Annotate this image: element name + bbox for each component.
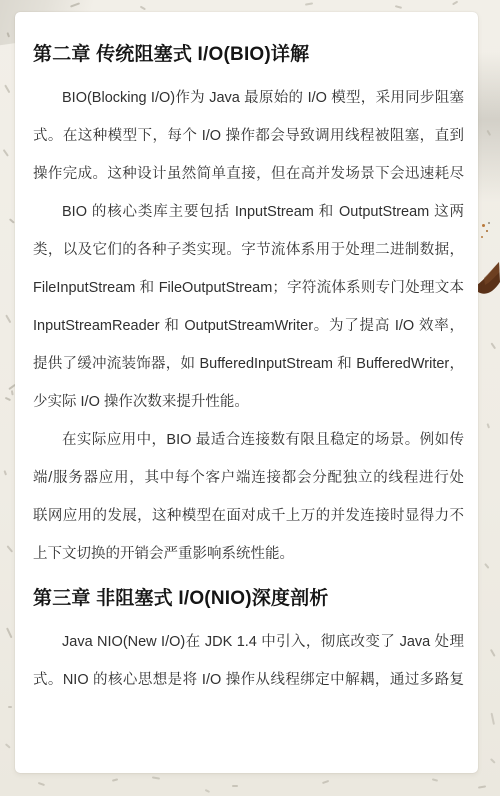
texture-scratch [487,423,490,428]
texture-scratch [432,778,438,781]
texture-scratch [205,789,210,792]
text-line: 少实际 I/O 操作次数来提升性能。 [33,383,464,421]
text-line: 式。在这种模型下，每个 I/O 操作都会导致调用线程被阻塞，直到数据就绪或 [33,117,464,155]
text-line: Java NIO(New I/O)在 JDK 1.4 中引入，彻底改变了 Jav… [33,623,464,661]
texture-scratch [112,778,118,781]
texture-scratch [484,563,489,569]
paper-gray-patch-right [476,52,500,202]
texture-scratch [490,758,495,763]
texture-scratch [5,84,11,93]
text-line: 操作完成。这种设计虽然简单直接，但在高并发场景下会迅速耗尽线程资源。 [33,155,464,193]
text-line: 联网应用的发展，这种模型在面对成千上万的并发连接时显得力不从心，线程 [33,497,464,535]
paragraph: 在实际应用中，BIO 最适合连接数有限且稳定的场景。例如传统的客户端/服务器应用… [33,421,464,573]
texture-scratch [452,1,458,5]
section-heading: 第二章 传统阻塞式 I/O(BIO)详解 [33,42,464,68]
page-frame: 第二章 传统阻塞式 I/O(BIO)详解BIO(Blocking I/O)作为 … [0,0,500,796]
text-line: 端/服务器应用，其中每个客户端连接都会分配独立的线程进行处理。但随着互 [33,459,464,497]
texture-scratch [38,782,45,786]
texture-scratch [152,776,160,779]
texture-scratch [140,6,146,10]
texture-scratch [6,627,12,638]
text-line: FileInputStream 和 FileOutputStream；字符流体系… [33,269,464,307]
texture-scratch [395,5,402,8]
paper-speckle [486,230,488,232]
text-line: BIO 的核心类库主要包括 InputStream 和 OutputStream… [33,193,464,231]
texture-scratch [491,713,495,725]
document-card: 第二章 传统阻塞式 I/O(BIO)详解BIO(Blocking I/O)作为 … [15,12,478,773]
section-heading: 第三章 非阻塞式 I/O(NIO)深度剖析 [33,586,464,612]
paper-speckle [481,236,483,238]
texture-scratch [11,390,13,395]
paper-speckle [482,224,485,227]
texture-scratch [305,2,313,5]
texture-scratch [478,785,486,788]
text-line: 式。NIO 的核心思想是将 I/O 操作从线程绑定中解耦，通过多路复用技术实现 [33,661,464,699]
document-content: 第二章 传统阻塞式 I/O(BIO)详解BIO(Blocking I/O)作为 … [15,12,478,773]
texture-scratch [491,342,496,349]
text-line: InputStreamReader 和 OutputStreamWriter。为… [33,307,464,345]
texture-scratch [7,545,13,552]
paragraph: Java NIO(New I/O)在 JDK 1.4 中引入，彻底改变了 Jav… [33,623,464,699]
texture-scratch [232,785,238,787]
paragraph: BIO(Blocking I/O)作为 Java 最原始的 I/O 模型，采用同… [33,79,464,193]
texture-scratch [4,470,7,475]
paragraph: BIO 的核心类库主要包括 InputStream 和 OutputStream… [33,193,464,421]
text-line: 上下文切换的开销会严重影响系统性能。 [33,535,464,573]
texture-scratch [9,218,15,223]
texture-scratch [8,706,12,708]
text-line: 类，以及它们的各种子类实现。字节流体系用于处理二进制数据，如 [33,231,464,269]
texture-scratch [5,397,11,401]
text-line: 提供了缓冲流装饰器，如 BufferedInputStream 和 Buffer… [33,345,464,383]
texture-scratch [5,743,11,748]
texture-scratch [3,149,9,156]
texture-scratch [6,314,12,323]
text-line: 在实际应用中，BIO 最适合连接数有限且稳定的场景。例如传统的客户 [33,421,464,459]
texture-scratch [322,780,329,784]
text-line: BIO(Blocking I/O)作为 Java 最原始的 I/O 模型，采用同… [33,79,464,117]
texture-scratch [490,649,495,657]
paper-speckle [488,222,490,224]
